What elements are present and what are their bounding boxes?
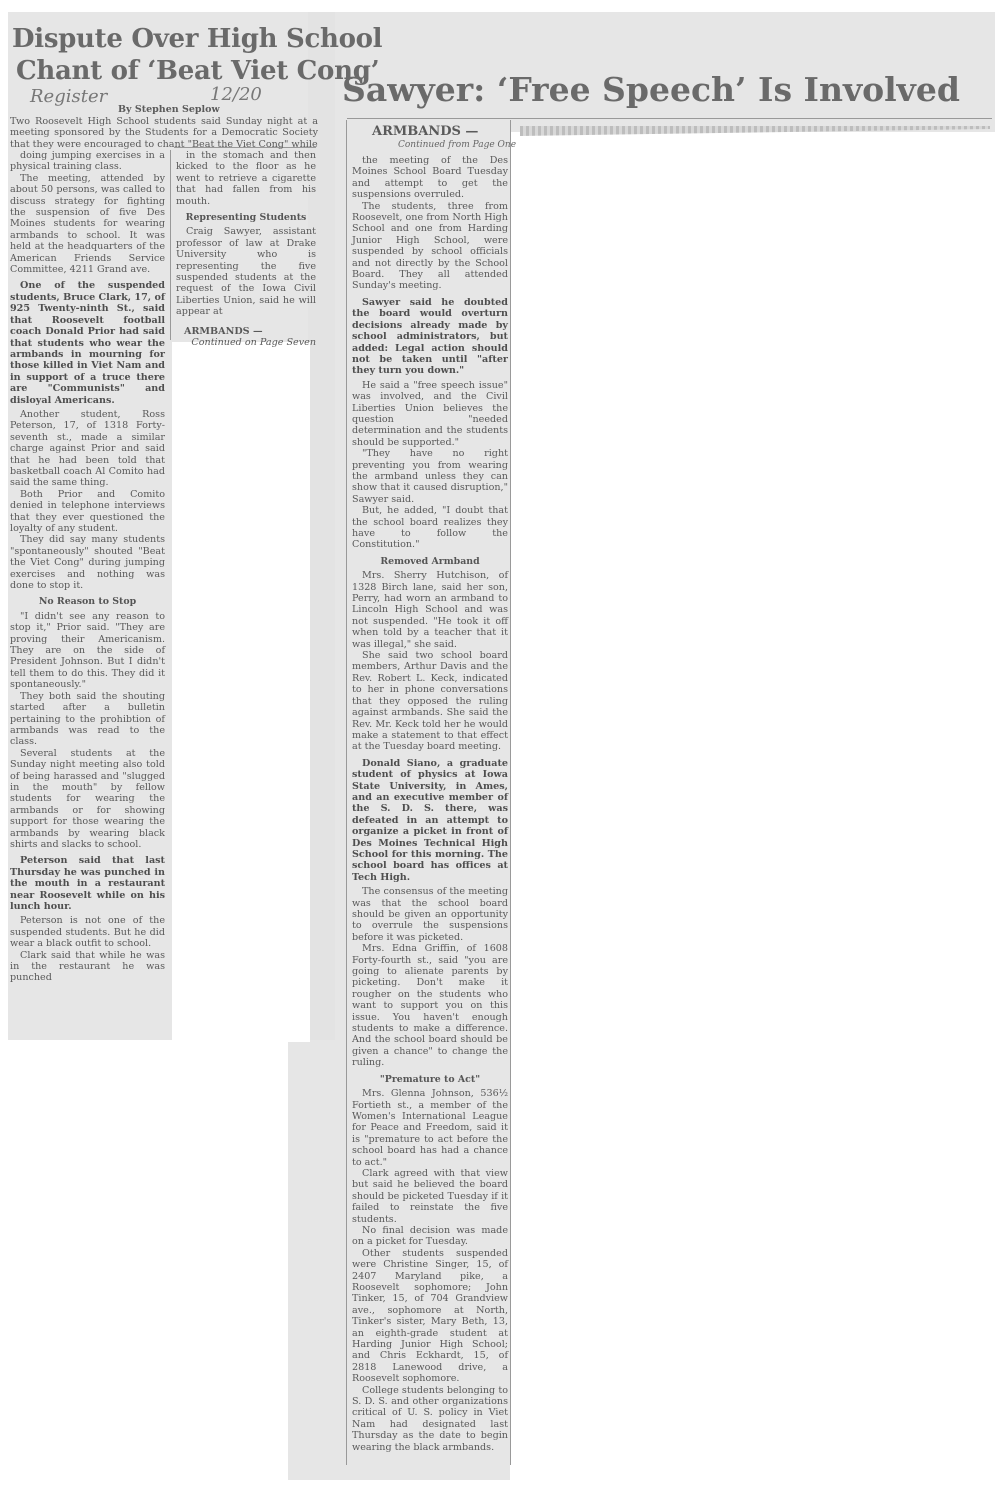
paragraph: the meeting of the Des Moines School Boa… (352, 155, 508, 201)
left-article-column-2: in the stomach and then kicked to the fl… (176, 150, 316, 349)
right-headline: Sawyer: ‘Free Speech’ Is Involved (342, 70, 960, 109)
paragraph: Peterson said that last Thursday he was … (10, 855, 165, 912)
subhead: No Reason to Stop (10, 596, 165, 607)
left-headline-line1: Dispute Over High School (12, 24, 382, 54)
paragraph: The students, three from Roosevelt, one … (352, 201, 508, 292)
paragraph: Clark agreed with that view but said he … (352, 1168, 508, 1225)
paragraph: Peterson is not one of the suspended stu… (10, 915, 165, 949)
column-rule (510, 120, 511, 1465)
subhead: "Premature to Act" (352, 1074, 508, 1085)
blank-area (172, 342, 310, 1042)
header-rule (347, 118, 992, 119)
subhead: Representing Students (176, 212, 316, 223)
paragraph: Other students suspended were Christine … (352, 1248, 508, 1385)
paragraph: They did say many students "spontaneousl… (10, 534, 165, 591)
paragraph: She said two school board members, Arthu… (352, 650, 508, 753)
paragraph: in the stomach and then kicked to the fl… (176, 150, 316, 207)
left-headline-line2: Chant of ‘Beat Viet Cong’ (16, 56, 379, 86)
column-rule (346, 120, 347, 1465)
jump-head: ARMBANDS — (372, 124, 478, 139)
paragraph: "They have no right preventing you from … (352, 448, 508, 505)
paragraph: Donald Siano, a graduate student of phys… (352, 758, 508, 883)
paragraph: One of the suspended students, Bruce Cla… (10, 280, 165, 405)
paragraph: Both Prior and Comito denied in telephon… (10, 489, 165, 535)
paragraph: The meeting, attended by about 50 person… (10, 173, 165, 276)
paragraph: He said a "free speech issue" was involv… (352, 380, 508, 448)
handwritten-source: Register (30, 86, 107, 107)
paragraph: Mrs. Edna Griffin, of 1608 Forty-fourth … (352, 943, 508, 1068)
paragraph: They both said the shouting started afte… (10, 691, 165, 748)
paragraph: No final decision was made on a picket f… (352, 1225, 508, 1248)
subhead: Removed Armband (352, 556, 508, 567)
jump-line: ARMBANDS — (176, 326, 316, 337)
jump-subhead: Continued from Page One (398, 140, 516, 150)
handwritten-date: 12/20 (210, 84, 262, 105)
lede-paragraph: Two Roosevelt High School students said … (10, 116, 318, 150)
paragraph: Several students at the Sunday night mee… (10, 748, 165, 851)
right-article-column: the meeting of the Des Moines School Boa… (352, 155, 508, 1453)
paragraph: doing jumping exercises in a physical tr… (10, 150, 165, 173)
paragraph: The consensus of the meeting was that th… (352, 886, 508, 943)
paragraph: Sawyer said he doubted the board would o… (352, 297, 508, 377)
paragraph: Another student, Ross Peterson, 17, of 1… (10, 409, 165, 489)
paragraph: Mrs. Glenna Johnson, 536½ Fortieth st., … (352, 1088, 508, 1168)
paragraph: Clark said that while he was in the rest… (10, 950, 165, 984)
column-rule (170, 150, 171, 340)
paragraph: Craig Sawyer, assistant professor of law… (176, 226, 316, 317)
paragraph: But, he added, "I doubt that the school … (352, 505, 508, 551)
blank-area-right (512, 132, 1000, 1493)
left-article-column-1: doing jumping exercises in a physical tr… (10, 150, 165, 984)
byline: By Stephen Seplow (118, 104, 220, 115)
paragraph: College students belonging to S. D. S. a… (352, 1385, 508, 1453)
paragraph: "I didn't see any reason to stop it," Pr… (10, 611, 165, 691)
jump-line: Continued on Page Seven (176, 337, 316, 348)
paragraph: Mrs. Sherry Hutchison, of 1328 Birch lan… (352, 570, 508, 650)
